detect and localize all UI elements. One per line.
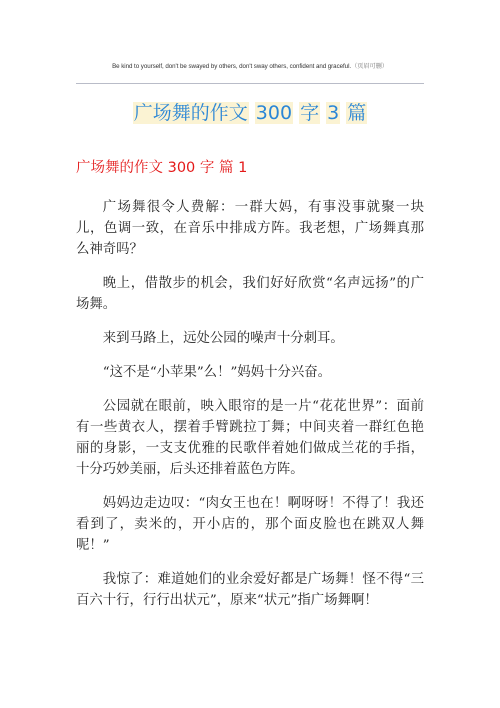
- title-part: 字: [299, 102, 320, 124]
- title-part: 广场舞的作文: [133, 102, 249, 124]
- title-part: 篇: [346, 102, 367, 124]
- document-page: Be kind to yourself, don't be swayed by …: [0, 0, 500, 708]
- title-part: 3: [326, 102, 340, 124]
- paragraph: 广场舞很令人费解：一群大妈，有事没事就聚一块儿，色调一致，在音乐中排成方阵。我老…: [76, 197, 424, 260]
- header-divider: [76, 83, 424, 84]
- essay-body: 广场舞很令人费解：一群大妈，有事没事就聚一块儿，色调一致，在音乐中排成方阵。我老…: [76, 197, 424, 624]
- paragraph: 妈妈边走边叹：“肉女王也在！啊呀呀！不得了！我还看到了，卖米的，开小店的，那个面…: [76, 493, 424, 556]
- section-heading: 广场舞的作文 300 字 篇 1: [76, 158, 247, 178]
- paragraph: 晚上，借散步的机会，我们好好欣赏“名声远扬”的广场舞。: [76, 273, 424, 315]
- header-motto: Be kind to yourself, don't be swayed by …: [112, 63, 351, 70]
- paragraph: 公园就在眼前，映入眼帘的是一片“花花世界”：面前有一些黄衣人，摆着手臂跳拉丁舞；…: [76, 396, 424, 480]
- paragraph: 来到马路上，远处公园的噪声十分刺耳。: [76, 328, 424, 349]
- paragraph: “这不是“小苹果”么！”妈妈十分兴奋。: [76, 362, 424, 383]
- paragraph: 我惊了：难道她们的业余爱好都是广场舞！怪不得“三百六十行，行行出状元”，原来“状…: [76, 569, 424, 611]
- header-removable-note: （页眉可删）: [351, 63, 388, 70]
- title-part: 300: [255, 102, 293, 124]
- document-title: 广场舞的作文 300 字 3 篇: [0, 100, 500, 126]
- page-header: Be kind to yourself, don't be swayed by …: [0, 61, 500, 70]
